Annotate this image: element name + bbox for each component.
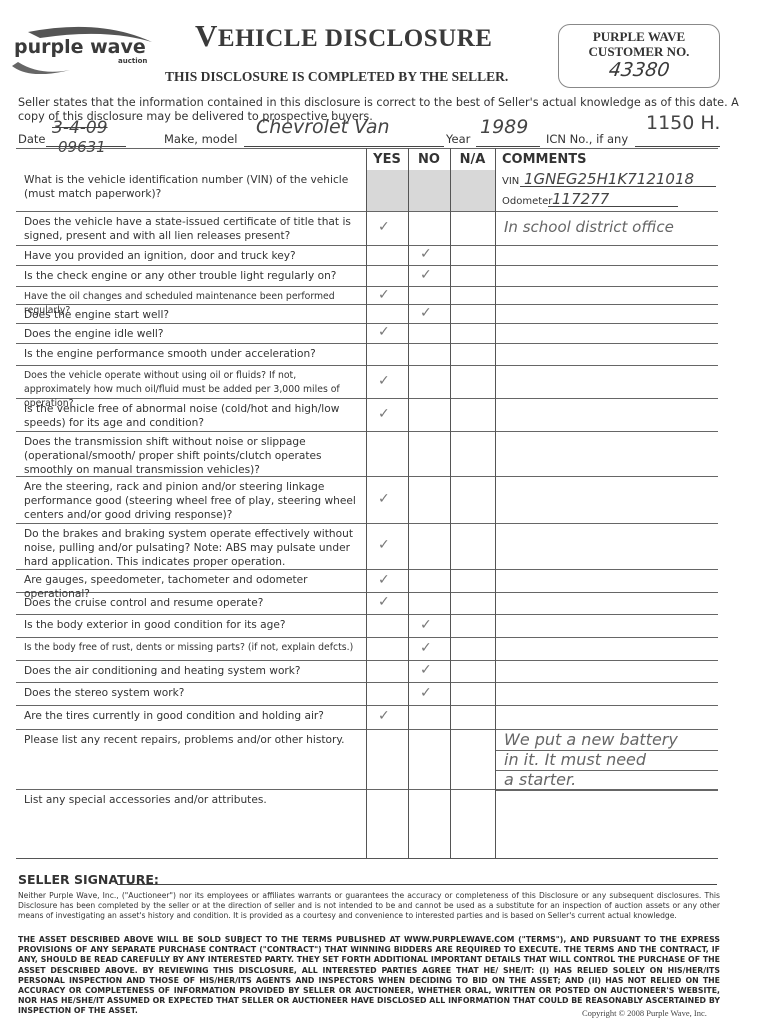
answer-yes-checkbox[interactable] — [366, 305, 408, 323]
customer-number-box: PURPLE WAVE CUSTOMER NO. 43380 — [558, 24, 720, 88]
odometer-field[interactable]: 117277 — [552, 190, 609, 208]
answer-no-checkbox[interactable]: ✓ — [408, 266, 450, 286]
comment-text: a starter. — [504, 770, 576, 789]
comment-field[interactable] — [496, 366, 718, 398]
logo-subtext: auction — [118, 57, 147, 65]
check-mark-icon: ✓ — [378, 537, 390, 553]
question-text: List any special accessories and/or attr… — [24, 793, 364, 807]
customer-box-label-2: CUSTOMER NO. — [559, 44, 719, 59]
answer-na-checkbox[interactable] — [450, 790, 492, 857]
answer-yes-checkbox[interactable]: ✓ — [366, 570, 408, 592]
question-text: Are the steering, rack and pinion and/or… — [24, 480, 364, 522]
comment-field[interactable] — [496, 524, 718, 569]
answer-yes-checkbox[interactable] — [366, 246, 408, 265]
check-mark-icon: ✓ — [420, 685, 432, 701]
comment-text: in it. It must need — [504, 750, 646, 769]
answer-na-checkbox[interactable] — [450, 524, 492, 569]
table-row: Does the air conditioning and heating sy… — [16, 661, 718, 683]
comment-field[interactable] — [496, 790, 718, 857]
page-title: VEHICLE DISCLOSURE — [195, 18, 492, 54]
comment-field[interactable] — [496, 432, 718, 476]
answer-yes-checkbox[interactable] — [366, 638, 408, 660]
check-mark-icon: ✓ — [378, 594, 390, 610]
comment-field[interactable]: In school district office — [496, 212, 718, 245]
answer-no-checkbox[interactable] — [408, 324, 450, 343]
answer-no-checkbox[interactable] — [408, 477, 450, 523]
purple-wave-logo: purple wave auction — [10, 22, 160, 74]
question-text: Does the vehicle have a state-issued cer… — [24, 215, 364, 243]
comment-field[interactable] — [496, 477, 718, 523]
header-no: NO — [408, 152, 450, 167]
answer-yes-checkbox[interactable] — [366, 170, 408, 211]
answer-yes-checkbox[interactable] — [366, 266, 408, 286]
answer-yes-checkbox[interactable] — [366, 615, 408, 637]
year-label: Year — [446, 132, 470, 146]
answer-na-checkbox[interactable] — [450, 170, 492, 211]
comment-field[interactable] — [496, 638, 718, 660]
answer-yes-checkbox[interactable]: ✓ — [366, 324, 408, 343]
odometer-label: Odometer — [502, 196, 552, 207]
check-mark-icon: ✓ — [378, 708, 390, 724]
comment-field[interactable] — [496, 706, 718, 729]
answer-no-checkbox[interactable] — [408, 706, 450, 729]
comment-field[interactable] — [496, 324, 718, 343]
answer-yes-checkbox[interactable]: ✓ — [366, 593, 408, 614]
date-label: Date — [18, 132, 46, 146]
table-row: Does the vehicle operate without using o… — [16, 366, 718, 399]
answer-no-checkbox[interactable] — [408, 366, 450, 398]
question-text: Does the cruise control and resume opera… — [24, 596, 364, 610]
question-text: Are the tires currently in good conditio… — [24, 709, 364, 723]
comment-text: We put a new battery — [504, 730, 678, 749]
answer-no-checkbox[interactable] — [408, 287, 450, 304]
copyright: Copyright © 2008 Purple Wave, Inc. — [582, 1008, 707, 1018]
table-row: Have you provided an ignition, door and … — [16, 246, 718, 266]
table-row: Does the engine start well?✓ — [16, 305, 718, 324]
question-text: Does the engine idle well? — [24, 327, 364, 341]
answer-no-checkbox[interactable]: ✓ — [408, 305, 450, 323]
column-divider — [366, 148, 367, 858]
table-row: Is the body exterior in good condition f… — [16, 615, 718, 638]
answer-yes-checkbox[interactable]: ✓ — [366, 477, 408, 523]
answer-no-checkbox[interactable] — [408, 570, 450, 592]
answer-na-checkbox[interactable] — [450, 661, 492, 682]
question-text: Is the check engine or any other trouble… — [24, 269, 364, 283]
answer-na-checkbox[interactable] — [450, 615, 492, 637]
answer-yes-checkbox[interactable] — [366, 661, 408, 682]
make-model-label: Make, model — [164, 132, 237, 146]
comment-field[interactable] — [496, 593, 718, 614]
question-text: Does the stereo system work? — [24, 686, 364, 700]
answer-na-checkbox[interactable] — [450, 706, 492, 729]
question-text: Is the vehicle free of abnormal noise (c… — [24, 402, 364, 430]
check-mark-icon: ✓ — [378, 572, 390, 588]
answer-na-checkbox[interactable] — [450, 305, 492, 323]
comment-field[interactable] — [496, 344, 718, 365]
table-row: Do the brakes and braking system operate… — [16, 524, 718, 570]
table-row: Does the vehicle have a state-issued cer… — [16, 212, 718, 246]
disclaimer-text: Neither Purple Wave, Inc., ("Auctioneer"… — [18, 891, 720, 921]
check-mark-icon: ✓ — [378, 491, 390, 507]
table-row: Please list any recent repairs, problems… — [16, 730, 718, 790]
check-mark-icon: ✓ — [420, 662, 432, 678]
answer-no-checkbox[interactable] — [408, 170, 450, 211]
answer-na-checkbox[interactable] — [450, 432, 492, 476]
table-row: Does the cruise control and resume opera… — [16, 593, 718, 615]
header-comments: COMMENTS — [502, 152, 586, 167]
table-row: Have the oil changes and scheduled maint… — [16, 287, 718, 305]
make-model-field[interactable]: Chevrolet Van — [256, 116, 390, 138]
answer-yes-checkbox[interactable] — [366, 344, 408, 365]
question-text: What is the vehicle identification numbe… — [24, 173, 364, 201]
answer-no-checkbox[interactable] — [408, 593, 450, 614]
table-row: Is the check engine or any other trouble… — [16, 266, 718, 287]
terms-text: THE ASSET DESCRIBED ABOVE WILL BE SOLD S… — [18, 935, 720, 1017]
question-text: Does the transmission shift without nois… — [24, 435, 364, 477]
check-mark-icon: ✓ — [420, 640, 432, 656]
check-mark-icon: ✓ — [378, 373, 390, 389]
question-text: Is the engine performance smooth under a… — [24, 347, 364, 361]
answer-no-checkbox[interactable] — [408, 524, 450, 569]
answer-na-checkbox[interactable] — [450, 730, 492, 789]
answer-na-checkbox[interactable] — [450, 324, 492, 343]
comment-field[interactable] — [496, 661, 718, 682]
answer-no-checkbox[interactable]: ✓ — [408, 638, 450, 660]
check-mark-icon: ✓ — [378, 287, 390, 303]
comment-field[interactable] — [496, 266, 718, 286]
check-mark-icon: ✓ — [420, 267, 432, 283]
table-row: Is the body free of rust, dents or missi… — [16, 638, 718, 661]
answer-no-checkbox[interactable] — [408, 399, 450, 431]
answer-na-checkbox[interactable] — [450, 212, 492, 245]
check-mark-icon: ✓ — [420, 246, 432, 262]
table-row: Does the transmission shift without nois… — [16, 432, 718, 477]
vin-label: VIN — [502, 176, 519, 187]
check-mark-icon: ✓ — [378, 406, 390, 422]
question-text: Does the air conditioning and heating sy… — [24, 664, 364, 678]
column-divider — [450, 148, 451, 858]
column-divider — [495, 148, 496, 858]
answer-yes-checkbox[interactable] — [366, 683, 408, 705]
question-text: Is the body free of rust, dents or missi… — [24, 641, 364, 655]
answer-na-checkbox[interactable] — [450, 287, 492, 304]
check-mark-icon: ✓ — [420, 305, 432, 321]
comment-field[interactable] — [496, 683, 718, 705]
answer-yes-checkbox[interactable]: ✓ — [366, 287, 408, 304]
answer-no-checkbox[interactable] — [408, 212, 450, 245]
comment-field[interactable] — [496, 399, 718, 431]
table-row: List any special accessories and/or attr… — [16, 790, 718, 857]
answer-no-checkbox[interactable] — [408, 730, 450, 789]
question-text: Have you provided an ignition, door and … — [24, 249, 364, 263]
answer-yes-checkbox[interactable]: ✓ — [366, 706, 408, 729]
column-divider — [408, 148, 409, 858]
answer-na-checkbox[interactable] — [450, 570, 492, 592]
question-text: Is the body exterior in good condition f… — [24, 618, 364, 632]
comment-text: In school district office — [504, 218, 674, 236]
comment-field[interactable] — [496, 570, 718, 592]
customer-number[interactable]: 43380 — [607, 59, 671, 81]
answer-na-checkbox[interactable] — [450, 246, 492, 265]
comment-field[interactable]: We put a new batteryin it. It must needa… — [496, 730, 718, 789]
answer-na-checkbox[interactable] — [450, 344, 492, 365]
table-row: Are the tires currently in good conditio… — [16, 706, 718, 730]
answer-yes-checkbox[interactable]: ✓ — [366, 524, 408, 569]
answer-yes-checkbox[interactable] — [366, 790, 408, 857]
answer-na-checkbox[interactable] — [450, 477, 492, 523]
check-mark-icon: ✓ — [378, 219, 390, 235]
answer-no-checkbox[interactable]: ✓ — [408, 615, 450, 637]
answer-no-checkbox[interactable]: ✓ — [408, 246, 450, 265]
comment-field[interactable] — [496, 615, 718, 637]
date-field[interactable]: 3-4-09 — [52, 118, 108, 138]
answer-yes-checkbox[interactable]: ✓ — [366, 212, 408, 245]
answer-yes-checkbox[interactable]: ✓ — [366, 366, 408, 398]
logo-text: purple wave — [14, 36, 146, 58]
icn-label: ICN No., if any — [546, 132, 628, 146]
answer-no-checkbox[interactable]: ✓ — [408, 683, 450, 705]
question-text: Please list any recent repairs, problems… — [24, 733, 364, 747]
answer-na-checkbox[interactable] — [450, 399, 492, 431]
question-text: Do the brakes and braking system operate… — [24, 527, 364, 569]
table-row: Does the engine idle well?✓ — [16, 324, 718, 344]
table-row: Are the steering, rack and pinion and/or… — [16, 477, 718, 524]
answer-na-checkbox[interactable] — [450, 266, 492, 286]
answer-no-checkbox[interactable] — [408, 344, 450, 365]
answer-na-checkbox[interactable] — [450, 593, 492, 614]
comment-field[interactable] — [496, 246, 718, 265]
table-row: Is the engine performance smooth under a… — [16, 344, 718, 366]
date-field-correction[interactable]: 09631 — [58, 138, 106, 156]
header-yes: YES — [366, 152, 408, 167]
icn-field[interactable]: 1150 H. — [646, 112, 720, 134]
check-mark-icon: ✓ — [378, 324, 390, 340]
question-text: Does the engine start well? — [24, 308, 364, 322]
answer-yes-checkbox[interactable] — [366, 730, 408, 789]
comment-field[interactable] — [496, 287, 718, 304]
answer-no-checkbox[interactable] — [408, 790, 450, 857]
answer-no-checkbox[interactable] — [408, 432, 450, 476]
check-mark-icon: ✓ — [420, 617, 432, 633]
answer-yes-checkbox[interactable] — [366, 432, 408, 476]
answer-na-checkbox[interactable] — [450, 638, 492, 660]
table-row: Does the stereo system work?✓ — [16, 683, 718, 706]
answer-yes-checkbox[interactable]: ✓ — [366, 399, 408, 431]
answer-no-checkbox[interactable]: ✓ — [408, 661, 450, 682]
customer-box-label-1: PURPLE WAVE — [559, 29, 719, 44]
table-row: Is the vehicle free of abnormal noise (c… — [16, 399, 718, 432]
year-field[interactable]: 1989 — [480, 116, 528, 138]
answer-na-checkbox[interactable] — [450, 366, 492, 398]
answer-na-checkbox[interactable] — [450, 683, 492, 705]
header-na: N/A — [450, 152, 495, 167]
page-subtitle: THIS DISCLOSURE IS COMPLETED BY THE SELL… — [165, 69, 508, 85]
vin-field[interactable]: 1GNEG25H1K7121018 — [524, 170, 694, 188]
comment-field[interactable] — [496, 305, 718, 323]
table-row: Are gauges, speedometer, tachometer and … — [16, 570, 718, 593]
seller-signature-field[interactable] — [117, 884, 717, 885]
